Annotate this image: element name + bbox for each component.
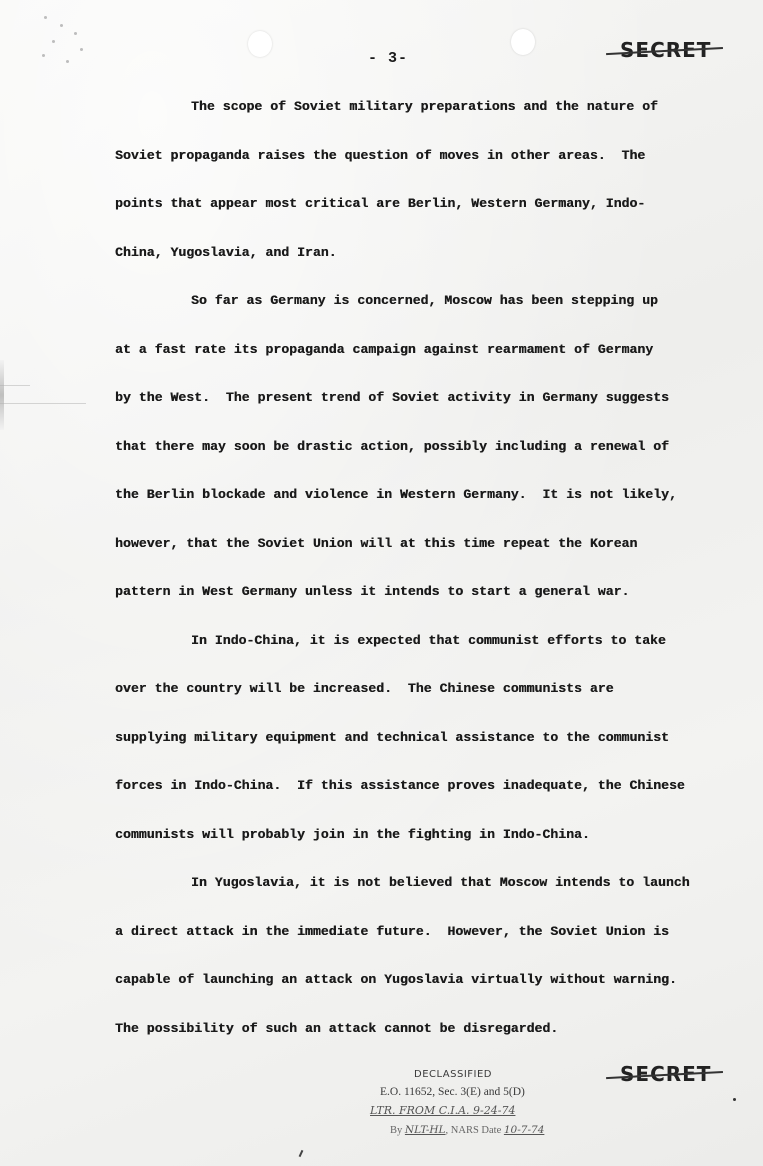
margin-crease xyxy=(0,385,30,386)
authority-letter: LTR. FROM C.I.A. 9-24-74 xyxy=(370,1101,620,1121)
text-line: So far as Germany is concerned, Moscow h… xyxy=(115,290,695,339)
document-body: The scope of Soviet military preparation… xyxy=(115,96,695,1066)
margin-crease xyxy=(0,403,86,404)
text-line: China, Yugoslavia, and Iran. xyxy=(115,242,695,291)
text-line: points that appear most critical are Ber… xyxy=(115,193,695,242)
paper-blemishes xyxy=(30,8,100,68)
text-line: In Indo-China, it is expected that commu… xyxy=(115,630,695,679)
text-line: pattern in West Germany unless it intend… xyxy=(115,581,695,630)
text-line: however, that the Soviet Union will at t… xyxy=(115,533,695,582)
text-line: The possibility of such an attack cannot… xyxy=(115,1018,695,1067)
reviewer-initials: NLT-HL xyxy=(405,1124,446,1136)
paragraph-indo-china: In Indo-China, it is expected that commu… xyxy=(115,630,695,873)
punch-hole-left xyxy=(248,31,272,57)
text-line: forces in Indo-China. If this assistance… xyxy=(115,775,695,824)
classification-stamp-top: SECRET xyxy=(620,38,711,62)
document-page: - 3- SECRET The scope of Soviet military… xyxy=(0,0,763,1166)
declassification-stamp: DECLASSIFIED E.O. 11652, Sec. 3(E) and 5… xyxy=(380,1066,620,1139)
text-line: by the West. The present trend of Soviet… xyxy=(115,387,695,436)
text-line: over the country will be increased. The … xyxy=(115,678,695,727)
punch-hole-right xyxy=(511,29,535,55)
stray-dot xyxy=(733,1098,736,1101)
executive-order-authority: E.O. 11652, Sec. 3(E) and 5(D) xyxy=(380,1083,620,1101)
margin-smudge xyxy=(0,360,4,430)
declassified-title: DECLASSIFIED xyxy=(414,1066,620,1083)
stray-pen-mark xyxy=(299,1150,304,1157)
declassified-by-line: By NLT-HL, NARS Date 10-7-74 xyxy=(390,1121,620,1139)
paragraph-yugoslavia: In Yugoslavia, it is not believed that M… xyxy=(115,872,695,1066)
nars-date-label: , NARS Date xyxy=(446,1125,502,1136)
text-line: a direct attack in the immediate future.… xyxy=(115,921,695,970)
text-line: that there may soon be drastic action, p… xyxy=(115,436,695,485)
text-line: Soviet propaganda raises the question of… xyxy=(115,145,695,194)
text-line: at a fast rate its propaganda campaign a… xyxy=(115,339,695,388)
classification-stamp-bottom: SECRET xyxy=(620,1062,711,1086)
paragraph-soviet-preparations: The scope of Soviet military preparation… xyxy=(115,96,695,290)
page-number: - 3- xyxy=(368,50,408,67)
text-line: capable of launching an attack on Yugosl… xyxy=(115,969,695,1018)
text-line: The scope of Soviet military preparation… xyxy=(115,96,695,145)
text-line: supplying military equipment and technic… xyxy=(115,727,695,776)
by-label: By xyxy=(390,1125,402,1136)
text-line: In Yugoslavia, it is not believed that M… xyxy=(115,872,695,921)
paragraph-germany: So far as Germany is concerned, Moscow h… xyxy=(115,290,695,630)
text-line: the Berlin blockade and violence in West… xyxy=(115,484,695,533)
text-line: communists will probably join in the fig… xyxy=(115,824,695,873)
nars-date: 10-7-74 xyxy=(504,1124,545,1136)
